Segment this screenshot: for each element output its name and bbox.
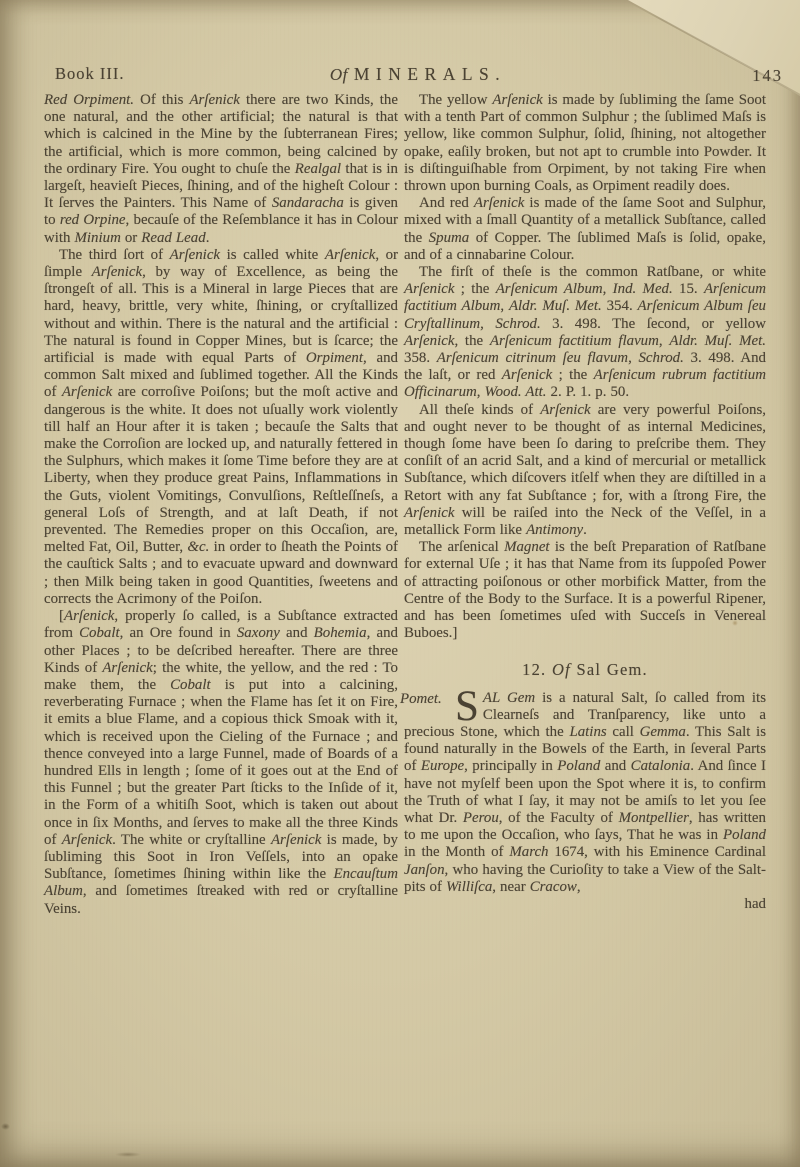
paragraph-arsenical-magnet: The arſenical Magnet is the beſt Prepara… <box>404 539 766 642</box>
margin-note-pomet: Pomet. <box>400 691 442 708</box>
paragraph-red-orpiment: Red Orpiment. Of this Arſenick there are… <box>44 92 398 247</box>
ink-smudge <box>115 1152 141 1157</box>
book-page: Book III. OfMINERALS. 143 Red Orpiment. … <box>0 0 800 1167</box>
page-number: 143 <box>752 66 783 86</box>
book-label: Book III. <box>55 64 125 84</box>
running-title: OfMINERALS. <box>330 64 506 85</box>
paragraph-arsenick-from-cobalt: [Arſenick, properly ſo called, is a Subſ… <box>44 608 398 918</box>
running-title-main: MINERALS. <box>354 64 506 84</box>
paragraph-yellow-arsenick: The yellow Arſenick is made by ſubliming… <box>404 92 766 195</box>
column-right: The yellow Arſenick is made by ſubliming… <box>404 92 766 913</box>
running-title-of: Of <box>330 65 348 84</box>
paragraph-white-arsenick: The third ſort of Arſenick is called whi… <box>44 247 398 608</box>
catchword: had <box>404 896 766 913</box>
page-header: Book III. OfMINERALS. 143 <box>0 64 800 88</box>
section-heading-sal-gem: 12. Of Sal Gem. <box>404 658 766 682</box>
paragraph-red-arsenick: And red Arſenick is made of the ſame Soo… <box>404 195 766 264</box>
ink-smudge <box>1 1123 10 1130</box>
paper-speck <box>732 620 738 626</box>
paragraph-sal-gem: Pomet.SAL Gem is a natural Salt, ſo call… <box>404 690 766 896</box>
paragraph-arsenick-citations: The firſt of theſe is the common Ratſban… <box>404 264 766 402</box>
drop-cap-s: S <box>455 691 479 724</box>
column-left: Red Orpiment. Of this Arſenick there are… <box>44 92 398 918</box>
paragraph-arsenick-poisons: All theſe kinds of Arſenick are very pow… <box>404 402 766 540</box>
